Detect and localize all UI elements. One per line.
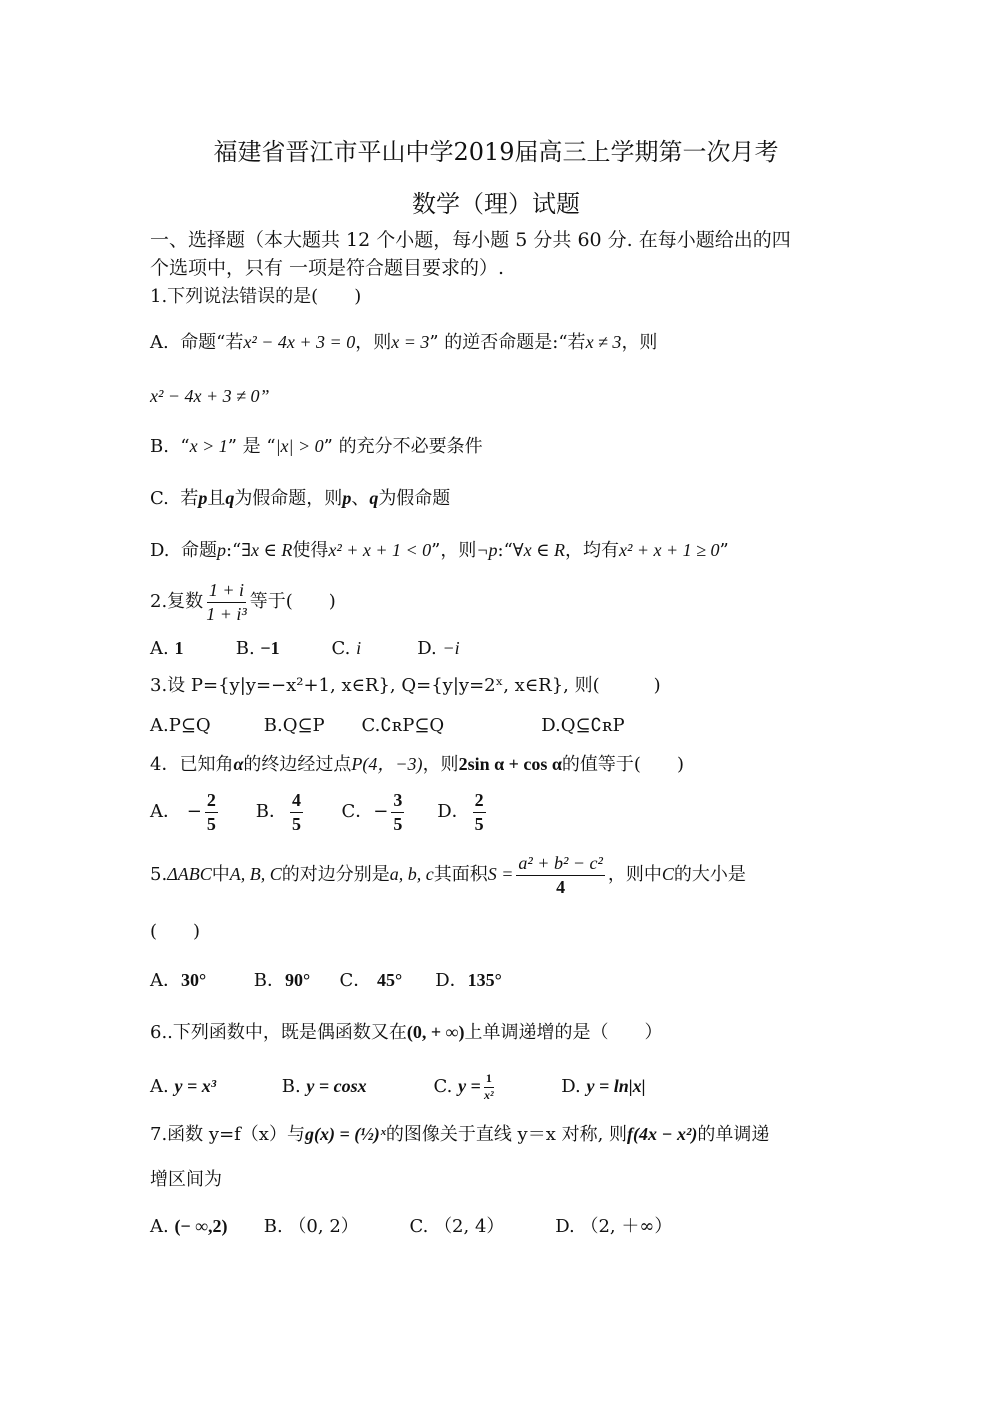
q7-b-value: （0, 2） (288, 1216, 358, 1237)
q4-c-den: 5 (393, 813, 402, 835)
q3-d-label: D. (541, 715, 561, 736)
q4-d-fraction: 25 (473, 790, 486, 834)
q1-option-c: C. 若p且q为假命题，则p、q为假命题 (150, 486, 450, 511)
q1-d-text4: ，均有 (565, 540, 619, 561)
q4-options: A． −25 B．45 C．−35 D．25 (150, 788, 489, 836)
q3-option-d: D.Q⊆∁ʀP (541, 714, 624, 738)
q3-d-value: Q⊆∁ʀP (561, 715, 625, 736)
q5-number: 5. (150, 864, 167, 885)
q1-b-text: “ (180, 436, 189, 457)
q1-a-text3: ” 的逆否命题是:“若 (429, 332, 585, 353)
q4-point: P(4，−3) (351, 754, 422, 774)
q2-text2: 等于( ) (250, 591, 336, 612)
q1-a-math4: x² − 4x + 3 ≠ 0” (150, 386, 270, 406)
q6-text2: 上单调递增的是（ ） (464, 1022, 662, 1043)
q4-b-fraction: 45 (290, 790, 303, 834)
q3-options: A.P⊆Q B.Q⊆P C.∁ʀP⊆Q D.Q⊆∁ʀP (150, 714, 625, 738)
q5-d-value: 135° (468, 970, 502, 990)
q5-text2: 的对边分别是 (282, 864, 390, 885)
q5-angles: A, B, C (230, 864, 282, 884)
q5-area-symbol: S = (488, 864, 514, 884)
q2-option-c: C. i (331, 636, 411, 661)
exam-subtitle: 数学（理）试题 (0, 184, 992, 219)
q4-option-d: D．25 (437, 788, 488, 836)
q4-expr: 2sin α + cos α (459, 754, 562, 774)
q2-option-b: B. −1 (236, 636, 326, 661)
q6-c-num: 1 (484, 1072, 494, 1088)
q2-d-value: −i (442, 638, 459, 658)
q7-stem: 7.函数 y=f（x）与g(x) = (½)ˣ的图像关于直线 y＝x 对称, 则… (150, 1122, 769, 1147)
q4-c-num: 3 (391, 790, 404, 813)
q4-alpha: α (233, 754, 243, 774)
q4-b-label: B． (256, 801, 287, 822)
section-instructions-line1: 一、选择题（本大题共 12 个小题，每小题 5 分共 60 分. 在每小题给出的… (150, 228, 791, 252)
q7-b-label: B. (264, 1216, 283, 1237)
q1-option-a-cont: x² − 4x + 3 ≠ 0” (150, 384, 270, 409)
q7-a-label: A. (150, 1216, 169, 1237)
q1-c-text2: 为假命题，则 (234, 488, 342, 509)
q5-a-label: A． (150, 970, 181, 991)
q7-option-a: A. (− ∞,2) (150, 1214, 258, 1239)
q5-option-b: B．90° (254, 968, 334, 993)
q3-stem: 3.设 P={y|y=−x²+1, x∈R}, Q={y|y=2ˣ, x∈R},… (150, 674, 661, 698)
q5-text3: 其面积 (434, 864, 488, 885)
q6-d-value: y = ln|x| (586, 1076, 645, 1096)
q5-c-label: C． (339, 970, 371, 991)
q4-option-a: A． −25 (150, 788, 250, 836)
q5-option-c: C． 45° (339, 968, 429, 993)
q6-d-label: D. (561, 1076, 581, 1097)
q4-b-num: 4 (290, 790, 303, 813)
q1-b-math2: |x| > 0 (276, 436, 324, 456)
q6-a-value: y = x³ (174, 1076, 216, 1096)
q6-interval: (0, + ∞) (407, 1022, 465, 1042)
q7-option-b: B. （0, 2） (264, 1215, 404, 1239)
q5-stem: 5.ΔABC中A, B, C的对边分别是a, b, c其面积S =a² + b²… (150, 850, 746, 899)
q3-option-b: B.Q⊆P (264, 714, 356, 738)
q5-a-value: 30° (181, 970, 206, 990)
q1-d-text: 命题 (181, 540, 217, 561)
q2-a-value: 1 (174, 638, 183, 658)
q7-c-label: C. (409, 1216, 428, 1237)
q1-option-a: A. 命题“若x² − 4x + 3 = 0，则x = 3” 的逆否命题是:“若… (150, 330, 657, 355)
q6-option-a: A. y = x³ (150, 1066, 276, 1107)
q3-b-value: Q⊆P (283, 715, 325, 736)
q7-option-d: D. （2, ＋∞） (555, 1215, 672, 1239)
q4-option-b: B．45 (256, 788, 336, 836)
q1-d-text2: 使得 (292, 540, 328, 561)
q1-d-p: p (217, 540, 226, 560)
exam-title: 福建省晋江市平山中学2019届高三上学期第一次月考 (0, 132, 992, 167)
q3-c-label: C. (361, 715, 380, 736)
q5-option-a: A．30° (150, 968, 248, 993)
q2-frac-num: 1 + i (207, 580, 246, 603)
q5-triangle: ΔABC (167, 864, 212, 884)
q6-option-b: B. y = cosx (282, 1066, 428, 1107)
q1-c-text: 若 (180, 488, 198, 509)
q1-a-text: 命题“若 (180, 332, 243, 353)
q6-stem: 6..下列函数中，既是偶函数又在(0, + ∞)上单调递增的是（ ） (150, 1020, 662, 1045)
q3-a-value: P⊆Q (169, 715, 211, 736)
q3-b-label: B. (264, 715, 283, 736)
q1-b-text2: ” 是 “ (228, 436, 276, 457)
q4-c-label: C． (341, 801, 373, 822)
q5-b-value: 90° (285, 970, 310, 990)
q4-c-fraction: 35 (391, 790, 404, 834)
q1-c-text3: 为假命题 (378, 488, 450, 509)
q1-option-b: B. “x > 1” 是 “|x| > 0” 的充分不必要条件 (150, 434, 483, 459)
q4-c-sign: − (373, 801, 388, 822)
q6-c-value: y = (458, 1076, 481, 1096)
q4-d-label: D． (437, 801, 469, 822)
q2-b-value: −1 (260, 638, 279, 658)
q5-text4: ，则中 (608, 864, 662, 885)
q1-c-q: q (225, 488, 234, 508)
q7-a-value: (− ∞,2) (174, 1216, 227, 1236)
q2-b-label: B. (236, 638, 255, 659)
q1-c-p: p (198, 488, 207, 508)
q2-fraction: 1 + i1 + i³ (206, 580, 247, 624)
q1-b-text3: ” 的充分不必要条件 (324, 436, 483, 457)
q1-c-p2: p (342, 488, 351, 508)
q6-c-label: C. (433, 1076, 452, 1097)
q5-text5: 的大小是 (674, 864, 746, 885)
q6-c-fraction: 1x² (484, 1072, 494, 1103)
q5-frac-den: 4 (556, 876, 565, 898)
q5-angle-c: C (662, 864, 674, 884)
q6-options: A. y = x³ B. y = cosx C. y =1x² D. y = l… (150, 1066, 646, 1107)
q4-text: 4．已知角 (150, 754, 233, 775)
q5-options: A．30° B．90° C． 45° D．135° (150, 968, 502, 993)
q6-a-label: A. (150, 1076, 169, 1097)
q2-stem: 2.复数1 + i1 + i³等于( ) (150, 578, 336, 626)
q1-a-math3: x ≠ 3 (586, 332, 622, 352)
q2-options: A. 1 B. −1 C. i D. −i (150, 636, 460, 661)
q2-option-a: A. 1 (150, 636, 230, 661)
q5-sides: a, b, c (390, 864, 434, 884)
q4-d-num: 2 (473, 790, 486, 813)
q6-text: 6..下列函数中，既是偶函数又在 (150, 1022, 407, 1043)
q5-b-label: B． (254, 970, 285, 991)
q7-d-value: （2, ＋∞） (580, 1216, 672, 1237)
exam-page: 福建省晋江市平山中学2019届高三上学期第一次月考 数学（理）试题 一、选择题（… (0, 0, 992, 1403)
q4-a-sign: − (187, 801, 202, 822)
q7-f-composite: f(4x − x²) (627, 1124, 697, 1144)
q4-a-num: 2 (205, 790, 218, 813)
q1-a-label: A. (150, 332, 169, 353)
q2-frac-den: 1 + i³ (206, 603, 247, 625)
q7-text: 7.函数 y=f（x）与 (150, 1124, 305, 1145)
q2-c-value: i (356, 638, 361, 658)
q1-option-d: D. 命题p:“∃x ∈ R使得x² + x + 1 < 0”，则¬p:“∀x … (150, 538, 729, 563)
q4-a-fraction: 25 (205, 790, 218, 834)
q3-option-a: A.P⊆Q (150, 714, 258, 738)
q7-stem-cont: 增区间为 (150, 1168, 222, 1192)
q4-a-label: A． (150, 801, 181, 822)
q1-d-math3: ∀x ∈ R (513, 540, 565, 560)
q5-d-label: D． (435, 970, 467, 991)
q7-options: A. (− ∞,2) B. （0, 2） C. （2, 4） D. （2, ＋∞… (150, 1214, 672, 1239)
q1-d-math4: x² + x + 1 ≥ 0 (619, 540, 720, 560)
q3-option-c: C.∁ʀP⊆Q (361, 714, 535, 738)
q1-a-text4: ，则 (621, 332, 657, 353)
q7-d-label: D. (555, 1216, 575, 1237)
q4-text4: 的值等于( ) (562, 754, 684, 775)
q4-text2: 的终边经过点 (243, 754, 351, 775)
q1-c-sep: 、 (351, 488, 369, 509)
q2-a-label: A. (150, 638, 169, 659)
q5-option-d: D．135° (435, 968, 502, 993)
q1-c-q2: q (369, 488, 378, 508)
q1-a-math2: x = 3 (391, 332, 429, 352)
q2-c-label: C. (331, 638, 350, 659)
q3-c-value: ∁ʀP⊆Q (380, 715, 444, 736)
q6-option-c: C. y =1x² (433, 1066, 555, 1107)
q1-c-and: 且 (207, 488, 225, 509)
q1-d-label: D. (150, 540, 170, 561)
q5-text1: 中 (212, 864, 230, 885)
q1-a-math1: x² − 4x + 3 = 0 (243, 332, 355, 352)
q7-text2: 的图像关于直线 y＝x 对称, 则 (386, 1124, 627, 1145)
q6-option-d: D. y = ln|x| (561, 1066, 645, 1107)
q1-d-end: ” (720, 540, 729, 561)
q4-a-den: 5 (207, 813, 216, 835)
q2-text: 2.复数 (150, 591, 203, 612)
q2-option-d: D. −i (417, 636, 459, 661)
q1-d-math1: ∃x ∈ R (241, 540, 292, 560)
q7-g-function: g(x) = (½)ˣ (305, 1124, 386, 1144)
q4-text3: ，则 (423, 754, 459, 775)
q5-frac-num: a² + b² − c² (516, 853, 604, 876)
q1-c-label: C. (150, 488, 169, 509)
q4-b-den: 5 (292, 813, 301, 835)
q1-a-text2: ，则 (355, 332, 391, 353)
q1-d-math2: x² + x + 1 < 0 (328, 540, 431, 560)
q1-d-text3: ”，则 (431, 540, 476, 561)
q1-b-label: B. (150, 436, 169, 457)
section-instructions-line2: 个选项中，只有 一项是符合题目要求的）. (150, 256, 504, 280)
q6-c-den: x² (484, 1088, 494, 1103)
q1-d-colon: :“ (226, 540, 241, 561)
q1-d-neg: ¬p (476, 540, 497, 560)
q2-d-label: D. (417, 638, 437, 659)
q1-b-math1: x > 1 (190, 436, 228, 456)
q4-stem: 4．已知角α的终边经过点P(4，−3)，则2sin α + cos α的值等于(… (150, 752, 684, 777)
q7-c-value: （2, 4） (434, 1216, 504, 1237)
q6-b-value: y = cosx (306, 1076, 366, 1096)
q4-option-c: C．−35 (341, 788, 431, 836)
q4-d-den: 5 (475, 813, 484, 835)
q1-stem: 1.下列说法错误的是( ) (150, 285, 361, 309)
q7-text3: 的单调递 (697, 1124, 769, 1145)
q1-d-colon2: :“ (498, 540, 513, 561)
q5-blank: ( ) (150, 920, 200, 944)
q6-b-label: B. (282, 1076, 301, 1097)
q7-option-c: C. （2, 4） (409, 1215, 549, 1239)
q5-c-value: 45° (377, 970, 402, 990)
q5-area-fraction: a² + b² − c²4 (516, 853, 604, 897)
q3-a-label: A. (150, 715, 169, 736)
